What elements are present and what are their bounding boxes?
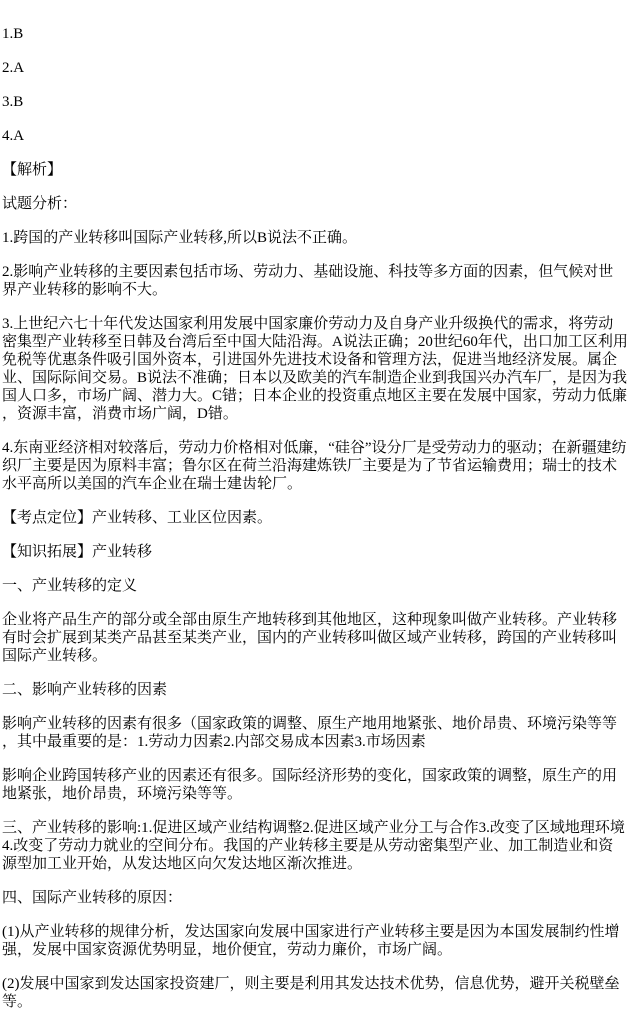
analysis-point-4: 4.东南亚经济相对较落后，劳动力价格相对低廉，“硅谷”设分厂是受劳动力的驱动；在… xyxy=(2,439,628,493)
expansion-para-definition: 企业将产品生产的部分或全部由原生产地转移到其他地区，这种现象叫做产业转移。产业转… xyxy=(2,611,628,665)
answer-line-4: 4.A xyxy=(2,127,628,145)
analysis-heading: 试题分析： xyxy=(2,195,628,213)
expansion-para-factors-2: 影响企业跨国转移产业的因素还有很多。国际经济形势的变化，国家政策的调整，原生产的… xyxy=(2,767,628,803)
analysis-point-1: 1.跨国的产业转移叫国际产业转移,所以B说法不正确。 xyxy=(2,229,628,247)
knowledge-expansion-label: 【知识拓展】产业转移 xyxy=(2,543,628,561)
answer-line-1: 1.B xyxy=(2,25,628,43)
exam-point-line: 【考点定位】产业转移、工业区位因素。 xyxy=(2,509,628,527)
answer-line-3: 3.B xyxy=(2,93,628,111)
analysis-point-3: 3.上世纪六七十年代发达国家利用发展中国家廉价劳动力及自身产业升级换代的需求，将… xyxy=(2,315,628,423)
expansion-para-impacts: 三、产业转移的影响:1.促进区域产业结构调整2.促进区域产业分工与合作3.改变了… xyxy=(2,819,628,873)
answer-line-2: 2.A xyxy=(2,59,628,77)
expansion-para-reason-1: (1)从产业转移的规律分析，发达国家向发展中国家进行产业转移主要是因为本国发展制… xyxy=(2,923,628,959)
analysis-section-label: 【解析】 xyxy=(2,161,628,179)
answer-explanation-document: 1.B 2.A 3.B 4.A 【解析】 试题分析： 1.跨国的产业转移叫国际产… xyxy=(0,0,630,1035)
expansion-para-factors-1: 影响产业转移的因素有很多（国家政策的调整、原生产地用地紧张、地价昂贵、环境污染等… xyxy=(2,715,628,751)
expansion-heading-definition: 一、产业转移的定义 xyxy=(2,577,628,595)
expansion-para-reason-2: (2)发展中国家到发达国家投资建厂，则主要是利用其发达技术优势，信息优势，避开关… xyxy=(2,975,628,1011)
expansion-heading-factors: 二、影响产业转移的因素 xyxy=(2,681,628,699)
analysis-point-2: 2.影响产业转移的主要因素包括市场、劳动力、基础设施、科技等多方面的因素，但气候… xyxy=(2,263,628,299)
expansion-heading-reasons: 四、国际产业转移的原因： xyxy=(2,889,628,907)
